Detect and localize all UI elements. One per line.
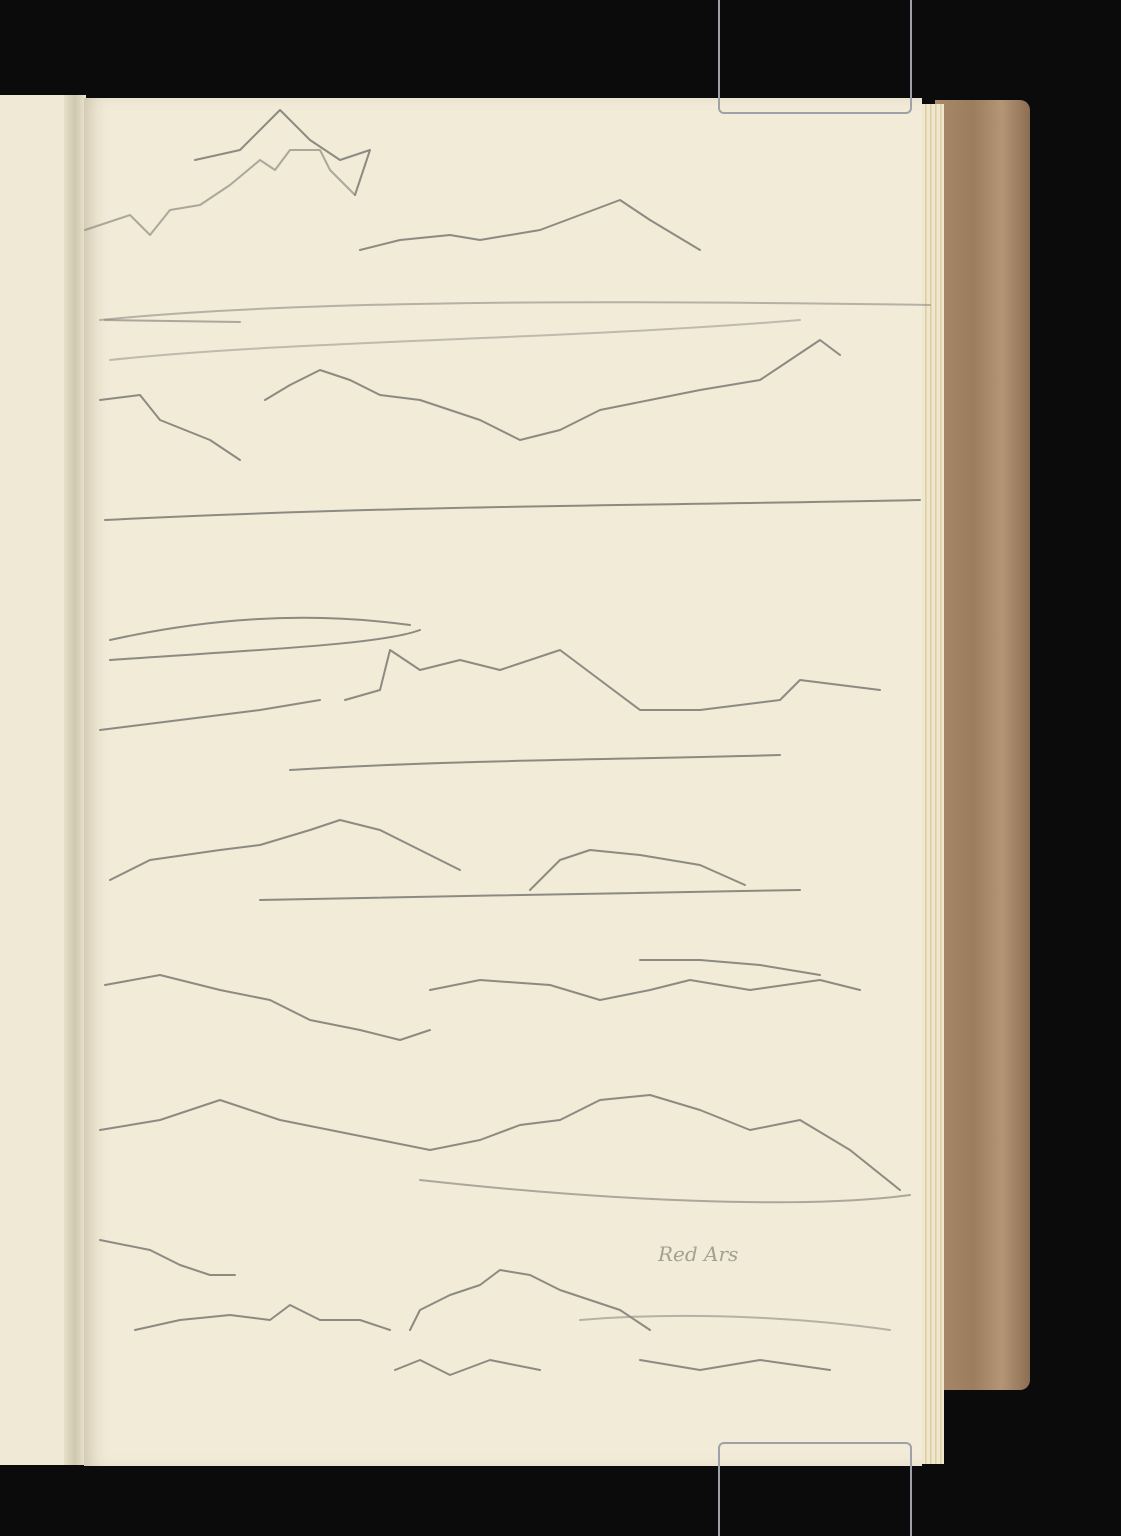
handwritten-annotation: Red Ars [658,1242,738,1266]
bottom-wire-clip [718,1442,912,1536]
pencil-sketches [0,0,1121,1536]
top-wire-clip [718,0,912,114]
